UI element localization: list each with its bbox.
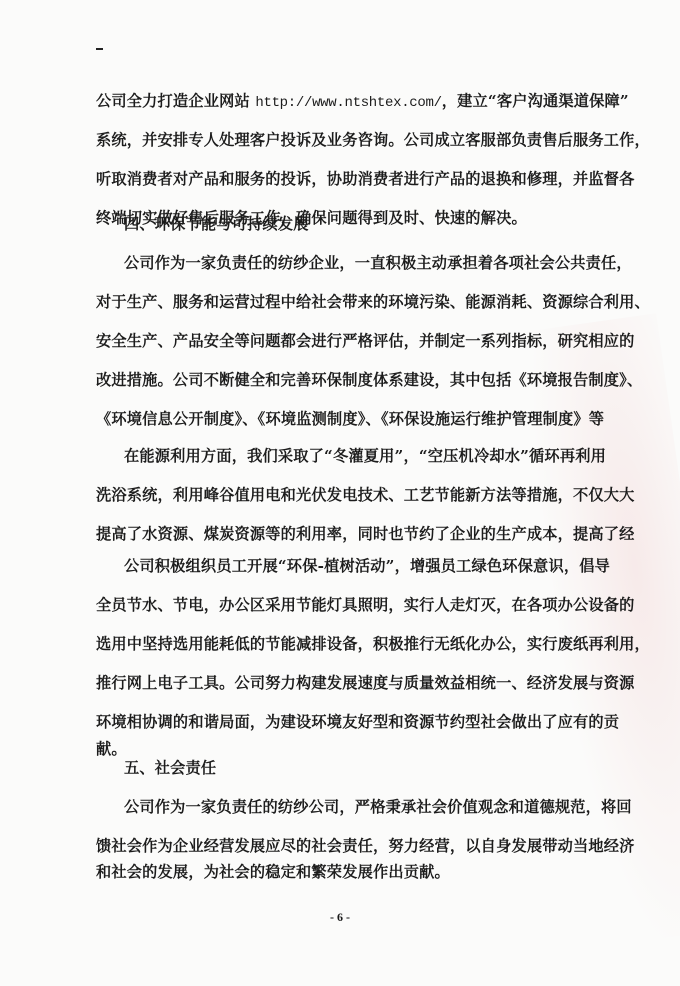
text-segment: 公司全力打造企业网站 xyxy=(96,92,255,110)
text-line: 改进措施。公司不断健全和完善环保制度体系建设，其中包括《环境报告制度》、 xyxy=(96,370,642,390)
text-line: 和社会的发展，为社会的稳定和繁荣发展作出贡献。 xyxy=(96,862,450,882)
text-line: 公司作为一家负责任的纺纱企业，一直积极主动承担着各项社会公共责任， xyxy=(124,253,632,273)
top-mark xyxy=(96,48,103,50)
text-line: 馈社会作为企业经营发展应尽的社会责任，努力经营，以自身发展带动当地经济 xyxy=(96,836,635,856)
text-line: 公司积极组织员工开展“环保-植树活动”，增强员工绿色环保意识，倡导 xyxy=(124,556,610,576)
text-line: 公司作为一家负责任的纺纱公司，严格秉承社会价值观念和道德规范，将回 xyxy=(124,797,632,817)
text-line: 听取消费者对产品和服务的投诉，协助消费者进行产品的退换和修理，并监督各 xyxy=(96,169,635,189)
text-line: 在能源利用方面，我们采取了“冬灌夏用”，“空压机冷却水”循环再利用 xyxy=(124,446,606,466)
page-number: - 6 - xyxy=(0,910,680,925)
text-segment: ，建立“客户沟通渠道保障” xyxy=(442,92,629,110)
section-heading: 四、环保节能与可持续发展 xyxy=(124,214,309,234)
section-heading: 五、社会责任 xyxy=(124,758,216,778)
text-line: 献。 xyxy=(96,739,127,759)
text-line: 提高了水资源、煤炭资源等的利用率，同时也节约了企业的生产成本，提高了经 xyxy=(96,524,635,544)
text-line: 环境相协调的和谐局面，为建设环境友好型和资源节约型社会做出了应有的贡 xyxy=(96,712,619,732)
text-line: 全员节水、节电，办公区采用节能灯具照明，实行人走灯灭，在各项办公设备的 xyxy=(96,595,635,615)
text-line: 系统，并安排专人处理客户投诉及业务咨询。公司成立客服部负责售后服务工作， xyxy=(96,130,650,150)
website-url: http://www.ntshtex.com/ xyxy=(255,95,441,111)
text-line: 《环境信息公开制度》、《环境监测制度》、《环保设施运行维护管理制度》等 xyxy=(96,409,604,429)
text-line: 对于生产、服务和运营过程中给社会带来的环境污染、能源消耗、资源综合利用、 xyxy=(96,292,650,312)
text-line: 选用中坚持选用能耗低的节能减排设备，积极推行无纸化办公，实行废纸再利用， xyxy=(96,634,650,654)
text-line: 洗浴系统，利用峰谷值用电和光伏发电技术、工艺节能新方法等措施，不仅大大 xyxy=(96,485,635,505)
text-line: 安全生产、产品安全等问题都会进行严格评估，并制定一系列指标，研究相应的 xyxy=(96,331,635,351)
text-line: 推行网上电子工具。公司努力构建发展速度与质量效益相统一、经济发展与资源 xyxy=(96,673,635,693)
text-line: 公司全力打造企业网站 http://www.ntshtex.com/，建立“客户… xyxy=(96,91,629,113)
